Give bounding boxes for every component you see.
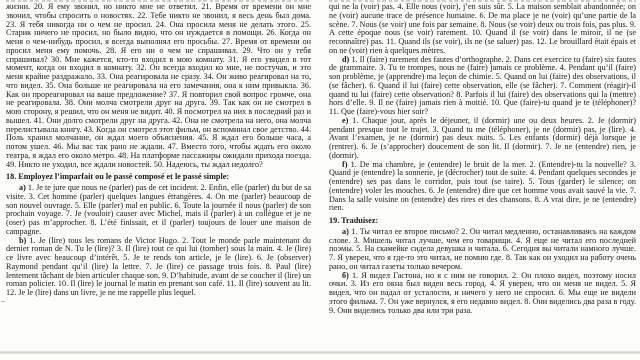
text-paragraph: б) 1. Я видел Гастона, но я с ним не гов… bbox=[329, 272, 636, 316]
right-page-column: qui ne la (voir) pas. 4. Elle nous (voir… bbox=[329, 3, 636, 315]
section-marker: e) bbox=[342, 116, 352, 125]
text-paragraph: жизни. 20. Я ему звонил, но никто мне не… bbox=[6, 3, 311, 169]
section-marker: b) bbox=[19, 236, 29, 245]
text-paragraph: b) 1. Je (lire) tous les romans de Victo… bbox=[6, 237, 311, 298]
text-paragraph: d) 1. Il (faire) rarement des fautes d’o… bbox=[329, 56, 636, 117]
text-paragraph: a) 1. Je te jure que nous ne (parler) pa… bbox=[6, 184, 311, 237]
section-marker: d) bbox=[342, 55, 351, 64]
page-edge-shadow bbox=[0, 351, 640, 354]
left-page-column: жизни. 20. Я ему звонил, но никто мне не… bbox=[6, 3, 311, 298]
section-marker: б) bbox=[342, 271, 352, 280]
scanned-textbook-page: жизни. 20. Я ему звонил, но никто мне не… bbox=[0, 0, 640, 360]
text-paragraph: e) 1. Chaque jour, après le déjeuner, il… bbox=[329, 117, 636, 161]
section-marker: f) bbox=[342, 160, 351, 169]
text-paragraph: а) 1. Ты читал ее второе письмо? 2. Он ч… bbox=[329, 228, 636, 272]
scan-speck bbox=[1, 301, 5, 302]
section-marker: а) bbox=[342, 227, 351, 236]
section-marker: a) bbox=[19, 183, 28, 192]
exercise-heading: 18. Employez l’imparfait ou le passé com… bbox=[6, 173, 311, 182]
text-paragraph: f) 1. De ma chambre, je (entendre) le br… bbox=[329, 161, 636, 214]
exercise-heading: 19. Traduisez: bbox=[329, 217, 636, 226]
text-paragraph: qui ne la (voir) pas. 4. Elle nous (voir… bbox=[329, 3, 636, 56]
